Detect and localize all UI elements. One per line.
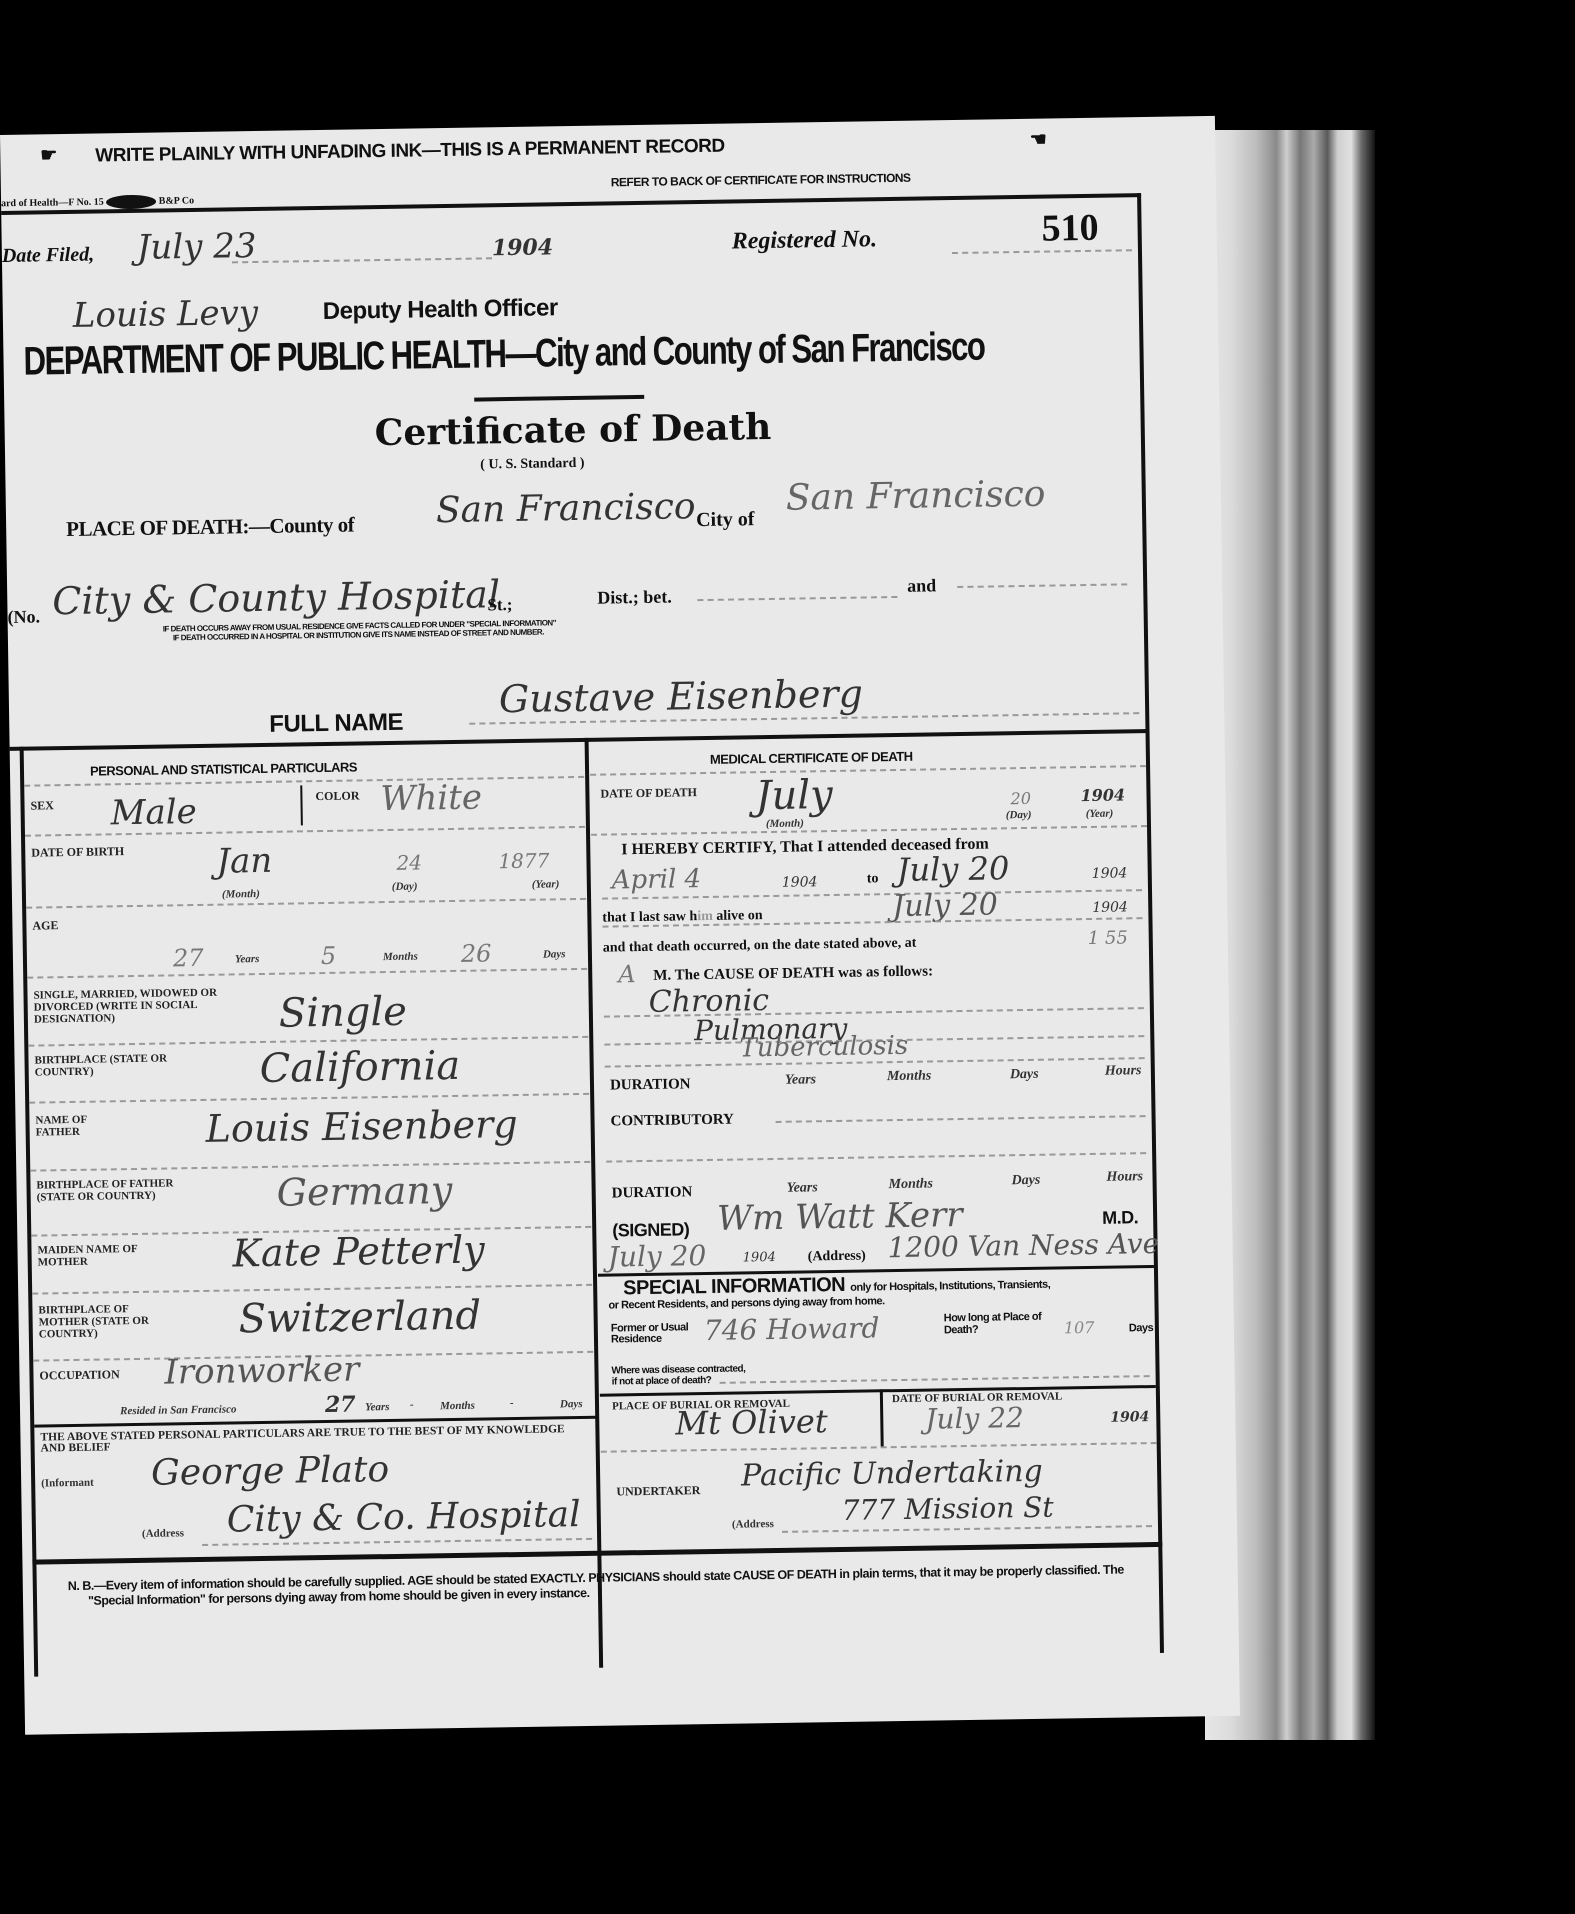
how-long-value: 107 [1064,1318,1095,1337]
informant-label: (Informant [41,1477,94,1490]
registered-number: 510 [1041,206,1099,251]
ink-warning: WRITE PLAINLY WITH UNFADING INK—THIS IS … [95,136,725,168]
mother-label: MAIDEN NAME OF MOTHER [37,1242,177,1268]
md-label: M.D. [1102,1207,1138,1229]
how-long-label: How long at Place of Death? [944,1310,1064,1336]
undertaker-label: UNDERTAKER [616,1484,700,1497]
marital-label: SINGLE, MARRIED, WIDOWED OR DIVORCED (Wr… [33,987,224,1026]
location-value: City & County Hospital [52,572,500,623]
mother-value: Kate Petterly [232,1228,485,1276]
death-time: 1 55 [1088,927,1128,949]
dob-day: 24 [396,850,422,874]
cause-label: M. The CAUSE OF DEATH was as follows: [653,963,933,984]
medical-heading: MEDICAL CERTIFICATE OF DEATH [710,749,913,767]
informant-value: George Plato [151,1449,390,1494]
informant-address-label: (Address [142,1527,184,1540]
color-value: White [380,778,482,820]
father-birthplace-value: Germany [276,1168,452,1215]
marital-value: Single [278,989,407,1037]
section-divider [10,729,1150,751]
dob-month: Jan [216,841,272,882]
date-filed-year: 1904 [492,234,554,261]
pointing-hand-icon-right: ☛ [1030,129,1047,152]
border-left [20,747,39,1677]
age-days: 26 [461,939,492,967]
place-of-death-label: PLACE OF DEATH:—County of [66,512,354,542]
undertaker-address: 777 Mission St [841,1491,1053,1527]
mother-birthplace-label: BIRTHPLACE OF MOTHER (State or Country) [38,1302,179,1340]
former-residence-value: 746 Howard [704,1311,880,1347]
street-number-label: (No. [7,606,40,628]
undertaker-value: Pacific Undertaking [741,1454,1043,1494]
age-months: 5 [321,942,337,970]
street-label: St.; [487,595,512,615]
birthplace-value: California [259,1043,460,1092]
certificate-title: Certificate of Death [374,406,771,454]
city-label: City of [696,508,755,532]
dod-month: July [755,772,833,819]
sex-label: SEX [30,799,54,811]
dod-label: DATE OF DEATH [600,786,697,800]
contributory-label: CONTRIBUTORY [610,1112,734,1131]
officer-title: Deputy Health Officer [323,294,558,326]
city-value: San Francisco [785,474,1045,519]
duration-label: DURATION [610,1076,691,1094]
date-filed-label: Date Filed, [2,244,95,268]
full-name-value: Gustave Eisenberg [499,672,864,722]
dod-year: 1904 [1080,785,1125,805]
dod-day: 20 [1010,789,1031,808]
cause-line-3: Tuberculosis [739,1031,908,1064]
burial-place-value: Mt Olivet [675,1402,828,1442]
signed-date: July 20 [607,1239,706,1274]
registered-label: Registered No. [732,226,878,255]
column-divider [585,738,604,1668]
am-pm: A [618,960,636,988]
resided-years: 27 [325,1392,356,1418]
burial-date-value: July 22 [925,1401,1024,1436]
duration-label-2: DURATION [612,1184,693,1202]
death-certificate: ☛ WRITE PLAINLY WITH UNFADING INK—THIS I… [0,116,1240,1735]
sex-value: Male [110,792,197,833]
last-saw-date: July 20 [892,887,998,924]
color-label: COLOR [315,789,359,802]
age-label: AGE [32,919,58,931]
father-birthplace-label: BIRTHPLACE OF FATHER (State or Country) [36,1177,176,1203]
father-label: NAME OF FATHER [35,1113,125,1138]
occupation-value: Ironworker [164,1350,359,1393]
border-right [1137,193,1164,1653]
contracted-label: Where was disease contracted, if not at … [611,1363,751,1387]
father-value: Louis Eisenberg [205,1102,518,1151]
certificate-subtitle: ( U. S. Standard ) [480,456,584,474]
death-occurred-label: and that death occurred, on the date sta… [603,936,917,957]
dob-year: 1877 [498,848,549,873]
personal-heading: PERSONAL AND STATISTICAL PARTICULARS [90,759,357,778]
dob-label: DATE OF BIRTH [31,845,124,858]
signed-label: (SIGNED) [612,1219,689,1241]
physician-address: 1200 Van Ness Ave [887,1227,1159,1264]
attended-to: July 20 [896,849,1009,889]
resided-label: Resided in San Francisco [120,1403,237,1417]
informant-address-value: City & Co. Hospital [226,1494,580,1541]
mother-birthplace-value: Switzerland [238,1293,481,1343]
attended-from: April 4 [612,864,702,895]
county-value: San Francisco [436,486,696,531]
birthplace-label: BIRTHPLACE (State or Country) [34,1052,174,1078]
district-label: Dist.; bet. [597,587,672,609]
age-years: 27 [173,944,204,972]
and-label: and [907,575,936,596]
full-name-label: FULL NAME [269,709,403,739]
pointing-hand-icon: ☛ [40,144,57,167]
title-divider [474,395,644,402]
occupation-label: OCCUPATION [39,1368,119,1381]
resided-months: - [410,1399,414,1411]
seal-icon [106,195,156,210]
officer-signature: Louis Levy [73,293,259,336]
refer-instructions: REFER TO BACK OF CERTIFICATE FOR INSTRUC… [611,171,911,190]
resided-days: - [510,1397,514,1409]
former-residence-label: Former or Usual Residence [611,1322,691,1345]
